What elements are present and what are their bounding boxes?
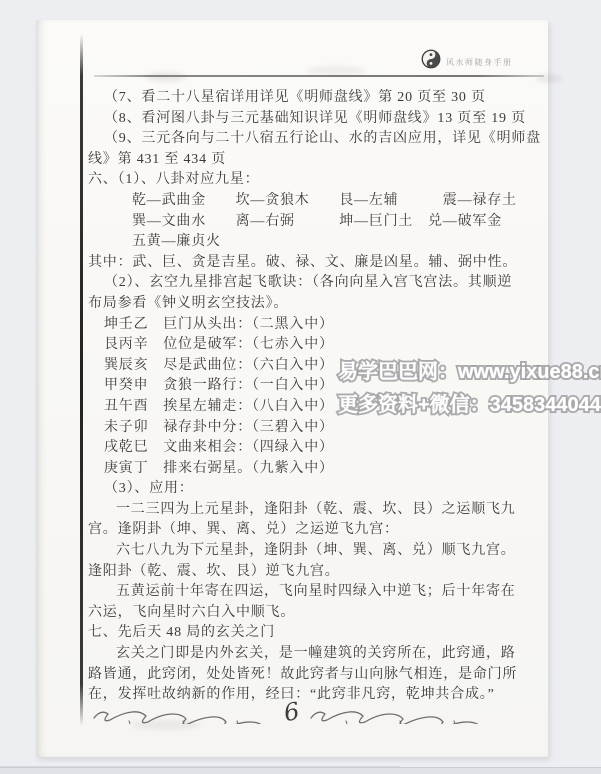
text-line: 艮丙辛 位位是破军：（七赤入中） — [88, 335, 546, 356]
text-line: （9、三元各向与二十八宿五行论山、水的吉凶应用，详见《明师盘 — [88, 129, 546, 150]
text-line: （3）、应用： — [88, 479, 546, 500]
text-line: 未子卯 禄存卦中分：（三碧入中） — [88, 418, 546, 439]
yin-yang-icon — [421, 49, 441, 69]
text-line: 庚寅丁 排来右弼星。（九紫入中） — [88, 459, 546, 480]
text-line: 线》第 431 至 434 页 — [88, 150, 546, 171]
text-line: 六七八九为下元星卦，逢阴卦（坤、巽、离、兑）顺飞九宫。 — [88, 541, 546, 562]
scanned-book-photo: 风水师随身手册 （7、看二十八星宿详用详见《明师盘线》第 20 页至 30 页（… — [0, 0, 601, 774]
text-line: 五黄运前十年寄在四运，飞向星时四绿入中逆飞；后十年寄在 — [88, 582, 546, 603]
backdrop-bottom-strip — [0, 767, 601, 774]
pencil-smudge — [306, 66, 366, 75]
booklet-title: 风水师随身手册 — [446, 57, 513, 68]
text-line: 乾—武曲金 坎—贪狼木 艮—左辅 震—禄存土 — [88, 191, 546, 212]
page-footer: 6 — [66, 700, 518, 730]
page-number: 6 — [282, 697, 302, 727]
text-line: 巽辰亥 尽是武曲位：（六白入中） — [88, 356, 546, 377]
text-line: 逢阳卦（乾、震、坎、艮）逆飞九宫。 — [88, 562, 546, 583]
text-line: 宫。逢阴卦（坤、巽、离、兑）之运逆飞九宫： — [88, 520, 546, 541]
text-line: 其中：武、巨、贪是吉星。破、禄、文、廉是凶星。辅、弼中性。 — [88, 253, 546, 274]
text-line: 五黄—廉贞火 — [88, 232, 546, 253]
text-line: 戌乾巳 文曲来相会：（四绿入中） — [88, 438, 546, 459]
text-line: （7、看二十八星宿详用详见《明师盘线》第 20 页至 30 页 — [88, 88, 546, 109]
text-line: 一二三四为上元星卦，逢阳卦（乾、震、坎、艮）之运顺飞九 — [88, 500, 546, 521]
text-line: 六运，飞向星时六白入中顺飞。 — [88, 603, 546, 624]
page-body-lines: （7、看二十八星宿详用详见《明师盘线》第 20 页至 30 页（8、看河图八卦与… — [88, 88, 546, 706]
footer-flourish-left — [91, 706, 276, 724]
text-line: 丑午酉 挨星左辅走：（八白入中） — [88, 397, 546, 418]
text-line: 六、（1）、八卦对应九星： — [88, 170, 546, 191]
text-line: 玄关之门即是内外玄关，是一幢建筑的关窍所在，此窍通，路 — [88, 644, 546, 665]
text-line: 路皆通，此窍闭，处处皆死！故此窍者与山向脉气相连，是命门所 — [88, 665, 546, 686]
text-line: 坤壬乙 巨门从头出：（二黑入中） — [88, 315, 546, 336]
pencil-smudge — [146, 72, 186, 82]
text-line: 七、先后天 48 局的玄关之门 — [88, 623, 546, 644]
footer-flourish-right — [308, 706, 493, 724]
text-line: （2）、玄空九星排宫起飞歌诀：（各向向星入宫飞宫法。其顺逆 — [88, 273, 546, 294]
book-page: 风水师随身手册 （7、看二十八星宿详用详见《明师盘线》第 20 页至 30 页（… — [36, 20, 548, 757]
page-header: 风水师随身手册 — [36, 46, 548, 80]
pencil-smudge — [536, 74, 562, 83]
binding-shadow-line — [80, 34, 83, 726]
text-line: 巽—文曲水 离—右弼 坤—巨门土 兑—破军金 — [88, 212, 546, 233]
text-line: 甲癸申 贪狼一路行：（一白入中） — [88, 376, 546, 397]
text-line: 布局参看《钟义明玄空技法》。 — [88, 294, 546, 315]
text-line: （8、看河图八卦与三元基础知识详见《明师盘线》13 页至 19 页 — [88, 109, 546, 130]
